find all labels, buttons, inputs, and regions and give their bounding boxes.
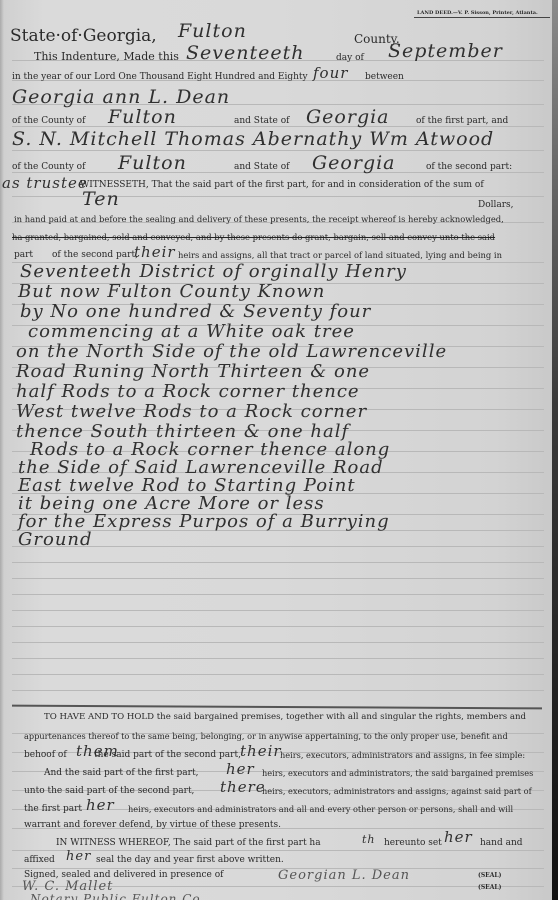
their-handwritten: their <box>240 742 282 760</box>
second-state-handwritten: Georgia <box>312 152 396 174</box>
second-county-handwritten: Fulton <box>118 152 187 174</box>
parcel-clause-second-part: of the second part, <box>52 250 138 260</box>
their-handwritten: their <box>134 243 176 261</box>
witnesseth-clause: WITNESSETH, That the said part of the fi… <box>80 180 484 190</box>
affixed-label: affixed <box>24 855 55 865</box>
month-handwritten: September <box>388 40 503 62</box>
description-line: West twelve Rods to a Rock corner <box>16 402 367 422</box>
seal-label-1: (SEAL) <box>478 872 501 879</box>
page-edge-shadow <box>0 0 4 900</box>
hand-and-text: hand and <box>480 838 523 848</box>
her-handwritten: her <box>444 828 473 846</box>
county-handwritten: Fulton <box>178 20 247 42</box>
her-handwritten: her <box>86 796 115 814</box>
habendum-second-part-label: the said part of the second part, <box>94 750 241 760</box>
notary-signature: Notary Public Fulton Co. <box>30 892 205 900</box>
second-county-label: of the County of <box>12 162 85 172</box>
grantee-names-handwritten: S. N. Mitchell Thomas Abernathy Wm Atwoo… <box>12 128 494 150</box>
ruled-line <box>12 578 544 579</box>
habendum-behoof-label: behoof of <box>24 750 67 760</box>
day-handwritten: Seventeeth <box>186 42 304 64</box>
printer-imprint: LAND DEED.—V. P. Sisson, Printer, Atlant… <box>417 10 538 16</box>
indenture-label: This Indenture, Made this <box>34 50 179 63</box>
ruled-line <box>12 594 544 595</box>
warranty-premises-text: heirs, executors and administrators, the… <box>262 768 533 778</box>
scan-border <box>552 0 558 900</box>
state-heading: State·of·Georgia, <box>10 26 157 46</box>
ruled-line <box>12 658 544 659</box>
first-part-label: of the first part, and <box>416 116 508 126</box>
description-line: Road Runing North Thirteen & one <box>16 362 370 382</box>
description-line: But now Fulton County Known <box>18 282 325 302</box>
first-state-handwritten: Georgia <box>306 106 390 128</box>
parcel-clause-prefix: part <box>14 250 33 260</box>
description-line: by No one hundred & Seventy four <box>20 302 371 322</box>
ruled-line <box>12 172 544 173</box>
warranty-first-part-label: And the said part of the first part, <box>44 768 198 778</box>
parcel-clause-rest: heirs and assigns, all that tract or par… <box>178 250 502 260</box>
trustee-handwritten: as trustee <box>2 174 88 192</box>
year-label: in the year of our Lord One Thousand Eig… <box>12 72 308 82</box>
description-line: commencing at a White oak tree <box>28 322 355 342</box>
warranty-first-part-2-label: the first part <box>24 804 82 814</box>
first-county-label: of the County of <box>12 116 85 126</box>
warranty-defend-text: warrant and forever defend, by virtue of… <box>24 820 281 830</box>
witness-whereof-text: IN WITNESS WHEREOF, The said part of the… <box>56 838 321 848</box>
ruled-line <box>12 690 544 691</box>
seal-date-text: seal the day and year first above writte… <box>96 855 284 865</box>
ruled-line <box>12 642 544 643</box>
there-handwritten: there <box>220 778 266 796</box>
dollars-label: Dollars, <box>478 200 514 210</box>
her-handwritten: her <box>66 849 91 864</box>
sum-handwritten: Ten <box>82 188 120 210</box>
ruled-line <box>12 626 544 627</box>
grantor-name-handwritten: Georgia ann L. Dean <box>12 86 230 108</box>
ruled-line <box>12 126 544 127</box>
deed-document: LAND DEED.—V. P. Sisson, Printer, Atlant… <box>0 0 552 900</box>
header-underline <box>414 17 550 18</box>
warranty-persons-text: heirs, executors and administrators and … <box>128 804 513 814</box>
second-part-label: of the second part: <box>426 162 512 172</box>
description-line: Seventeeth District of orginally Henry <box>20 262 407 282</box>
hereunto-set-text: hereunto set <box>384 838 442 848</box>
between-label: between <box>365 72 404 82</box>
grantor-signature: Georgian L. Dean <box>278 868 410 883</box>
description-line: on the North Side of the old Lawrencevil… <box>16 342 447 362</box>
granting-clause-struck: ha granted, bargained, sold and conveyed… <box>12 232 495 242</box>
description-line: Ground <box>18 530 93 550</box>
habendum-fee-simple: heirs, executors, administrators and ass… <box>280 750 525 760</box>
ruled-line <box>12 850 544 851</box>
year-handwritten: four <box>313 64 348 82</box>
day-of-label: day of <box>336 53 364 63</box>
hath-handwritten: th <box>362 833 376 846</box>
first-state-label: and State of <box>234 116 290 126</box>
habendum-line: TO HAVE AND TO HOLD the said bargained p… <box>44 712 526 722</box>
description-line: half Rods to a Rock corner thence <box>16 382 360 402</box>
second-state-label: and State of <box>234 162 290 172</box>
ruled-line <box>12 562 544 563</box>
ruled-line <box>12 610 544 611</box>
habendum-line: appurtenances thereof to the same being,… <box>24 731 508 741</box>
ruled-line <box>12 674 544 675</box>
receipt-clause: in hand paid at and before the sealing a… <box>14 214 504 224</box>
her-handwritten: her <box>226 760 255 778</box>
seal-label-2: (SEAL) <box>478 884 501 891</box>
section-divider <box>12 705 542 710</box>
warranty-assigns-text: heirs, executors, administrators and ass… <box>262 786 532 796</box>
first-county-handwritten: Fulton <box>108 106 177 128</box>
warranty-second-part-label: unto the said part of the second part, <box>24 786 194 796</box>
ruled-line <box>12 150 544 151</box>
